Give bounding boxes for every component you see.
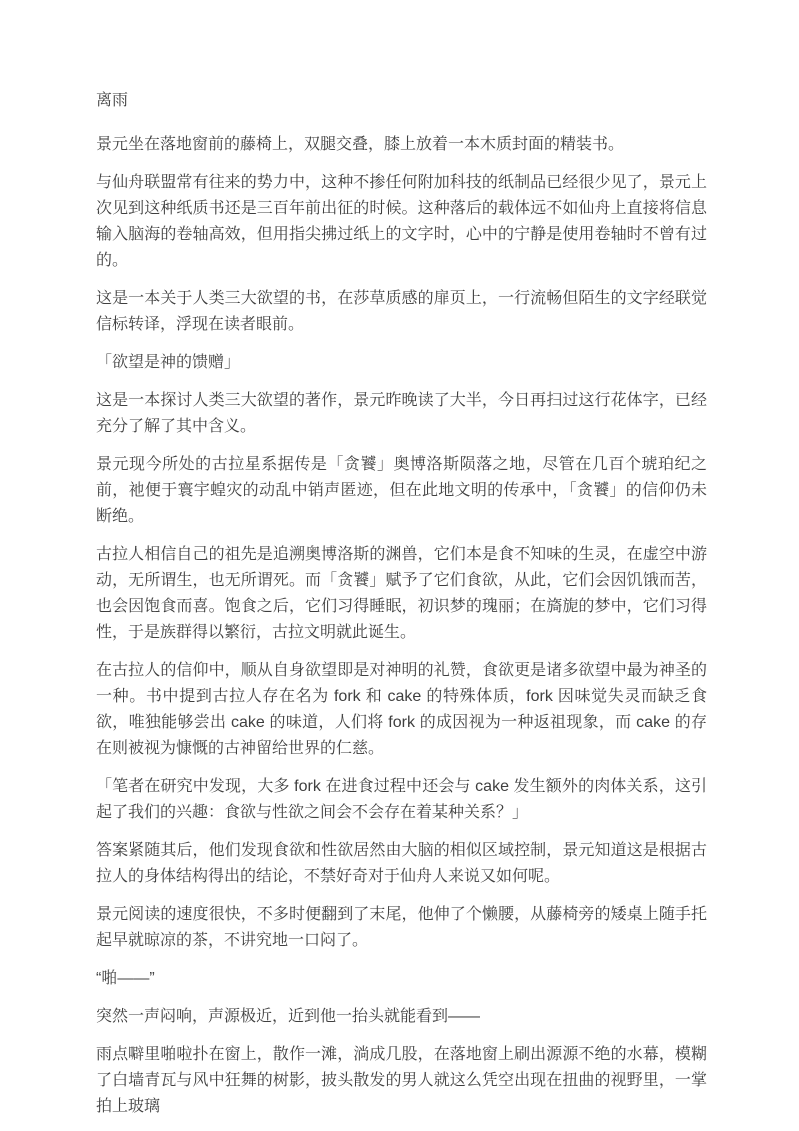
story-paragraph: 答案紧随其后，他们发现食欲和性欲居然由大脑的相似区域控制，景元知道这是根据古拉人… (96, 838, 707, 890)
story-paragraph: 景元现今所处的古拉星系据传是「贪饕」奥博洛斯陨落之地，尽管在几百个琥珀纪之前，祂… (96, 452, 707, 530)
story-paragraph: 「欲望是神的馈赠」 (96, 350, 707, 376)
story-paragraph: 突然一声闷响，声源极近，近到他一抬头就能看到—— (96, 1004, 707, 1030)
document-page: 离雨 景元坐在落地窗前的藤椅上，双腿交叠，膝上放着一本木质封面的精装书。与仙舟联… (0, 0, 799, 1131)
story-paragraph: 景元阅读的速度很快，不多时便翻到了末尾，他伸了个懒腰，从藤椅旁的矮桌上随手托起早… (96, 902, 707, 954)
story-title: 离雨 (96, 88, 707, 114)
story-article: 离雨 景元坐在落地窗前的藤椅上，双腿交叠，膝上放着一本木质封面的精装书。与仙舟联… (96, 88, 707, 1120)
story-paragraph: 「笔者在研究中发现，大多 fork 在进食过程中还会与 cake 发生额外的肉体… (96, 774, 707, 826)
story-paragraph: 景元坐在落地窗前的藤椅上，双腿交叠，膝上放着一本木质封面的精装书。 (96, 132, 707, 158)
story-paragraph: 古拉人相信自己的祖先是追溯奥博洛斯的渊兽，它们本是食不知味的生灵，在虚空中游动，… (96, 542, 707, 646)
story-paragraph: 这是一本探讨人类三大欲望的著作，景元昨晚读了大半，今日再扫过这行花体字，已经充分… (96, 388, 707, 440)
story-paragraph: 与仙舟联盟常有往来的势力中，这种不掺任何附加科技的纸制品已经很少见了，景元上次见… (96, 170, 707, 274)
story-body: 景元坐在落地窗前的藤椅上，双腿交叠，膝上放着一本木质封面的精装书。与仙舟联盟常有… (96, 132, 707, 1120)
story-paragraph: 雨点噼里啪啦扑在窗上，散作一滩，淌成几股，在落地窗上刷出源源不绝的水幕，模糊了白… (96, 1042, 707, 1120)
story-paragraph: 这是一本关于人类三大欲望的书，在莎草质感的扉页上，一行流畅但陌生的文字经联觉信标… (96, 286, 707, 338)
story-paragraph: “啪——” (96, 966, 707, 992)
story-paragraph: 在古拉人的信仰中，顺从自身欲望即是对神明的礼赞，食欲更是诸多欲望中最为神圣的一种… (96, 658, 707, 762)
